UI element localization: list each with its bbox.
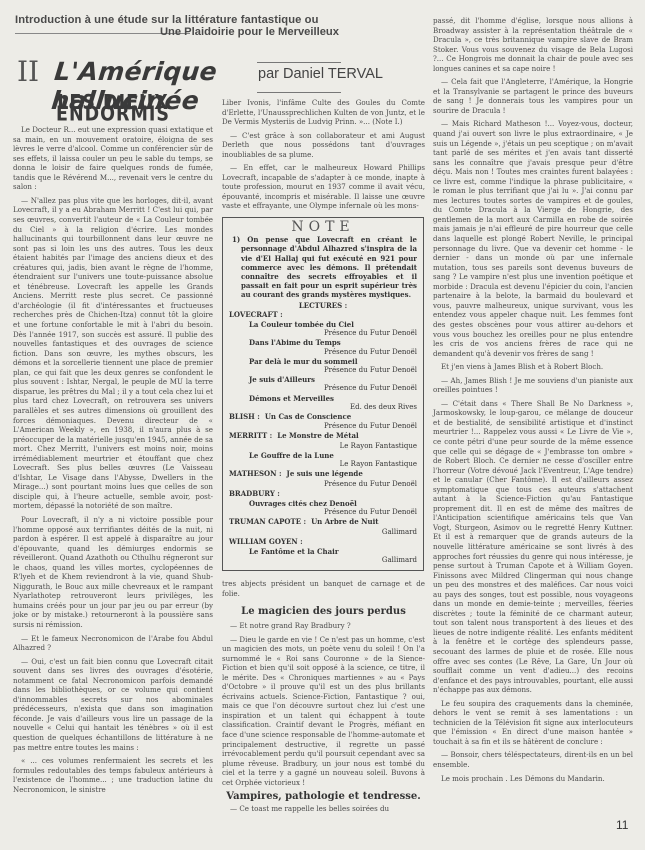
lecture-entry: MERRITT :Le Monstre de MétalLe Rayon Fan… [229, 431, 417, 450]
lecture-author: LOVECRAFT : [229, 310, 283, 319]
lecture-title: Dans l'Abime du Temps [229, 338, 417, 347]
paragraph: Le Docteur R... eut une expression quasi… [13, 125, 213, 192]
lecture-publisher: Présence du Futur Denoël [229, 508, 417, 517]
paragraph: — Et le fameux Necronomicon de l'Arabe f… [13, 634, 213, 653]
paragraph: — C'est grâce à son collaborateur et ami… [222, 131, 425, 160]
lectures-heading: LECTURES : [229, 301, 417, 310]
lecture-entry: TRUMAN CAPOTE :Un Arbre de NuitGallimard [229, 517, 417, 536]
lecture-entry: MATHESON :Je suis une légendePrésence du… [229, 469, 417, 488]
lecture-author: BLISH : [229, 412, 260, 421]
title-rule-bottom [257, 92, 341, 93]
section-heading: LES DIEUX ENDORMIS [13, 99, 213, 121]
lecture-title: Le Gouffre de la Lune [229, 451, 417, 460]
lecture-entry: Le Fantôme et la ChairGallimard [229, 547, 417, 565]
lecture-publisher: Présence du Futur Denoël [229, 329, 417, 338]
lecture-title: Je suis d'Ailleurs [229, 375, 417, 384]
lecture-entry: BRADBURY : [229, 489, 417, 499]
lecture-entry: WILLIAM GOYEN : [229, 537, 417, 547]
lecture-title: Ouvrages cités chez Denoël [229, 499, 417, 508]
series-kicker-line2: Une Plaidoirie pour le Merveilleux [160, 26, 339, 38]
paragraph: tres abjects président un banquet de car… [222, 579, 425, 598]
lecture-entry: Dans l'Abime du TempsPrésence du Futur D… [229, 338, 417, 356]
note-title: NOTE [229, 223, 417, 232]
subheading-magicien: Le magicien des jours perdus [222, 607, 425, 617]
paragraph: — N'allez pas plus vite que les horloges… [13, 196, 213, 511]
paragraph: Pour Lovecraft, il n'y a ni victoire pos… [13, 515, 213, 630]
lecture-author: MATHESON : [229, 469, 282, 478]
lecture-entry: Par delà le mur du sommeilPrésence du Fu… [229, 357, 417, 375]
paragraph: Et j'en viens à James Blish et à Robert … [433, 362, 633, 372]
lecture-publisher: Présence du Futur Denoël [229, 348, 417, 357]
part-number: II [17, 55, 39, 88]
series-kicker-line1: Introduction à une étude sur la littérat… [15, 14, 319, 26]
next-month-teaser: Le mois prochain . Les Démons du Mandari… [433, 774, 633, 784]
lecture-title: Par delà le mur du sommeil [229, 357, 417, 366]
lecture-author: WILLIAM GOYEN : [229, 537, 303, 546]
paragraph: — Oui, c'est un fait bien connu que Love… [13, 657, 213, 752]
paragraph: Le feu soupira des craquements dans la c… [433, 699, 633, 747]
lecture-publisher: Le Rayon Fantastique [229, 460, 417, 469]
lecture-author: BRADBURY : [229, 489, 280, 498]
paragraph: — Et notre grand Ray Bradbury ? [222, 621, 425, 631]
lecture-title: Le Monstre de Métal [272, 431, 359, 440]
lecture-publisher: Gallimard [229, 556, 417, 565]
page-number: 11 [616, 818, 628, 832]
title-rule-top [257, 62, 341, 63]
lecture-publisher: Gallimard [229, 528, 417, 537]
lecture-title: Le Fantôme et la Chair [229, 547, 417, 556]
lecture-title: La Couleur tombée du Ciel [229, 320, 417, 329]
lecture-entry: BLISH :Un Cas de ConsciencePrésence du F… [229, 412, 417, 431]
paragraph: — En effet, car le malheureux Howard Phi… [222, 163, 425, 211]
paragraph: — Mais Richard Matheson !... Voyez-vous,… [433, 119, 633, 358]
column-3: passé, dit l'homme d'église, lorsque nou… [433, 16, 633, 787]
lecture-entry: LOVECRAFT : [229, 310, 417, 320]
note-body: 1) On pense que Lovecraft en créant le p… [229, 235, 417, 299]
lecture-publisher: Présence du Futur Denoël [229, 480, 417, 489]
lecture-author: TRUMAN CAPOTE : [229, 517, 306, 526]
column-2: Liber Ivonis, l'infâme Culte des Goules … [222, 98, 425, 817]
lecture-title: Un Arbre de Nuit [306, 517, 378, 526]
author-byline: par Daniel TERVAL [258, 66, 383, 82]
lecture-entry: Ouvrages cités chez DenoëlPrésence du Fu… [229, 499, 417, 517]
lecture-publisher: Présence du Futur Denoël [229, 422, 417, 431]
lecture-publisher: Présence du Futur Denoël [229, 384, 417, 393]
lecture-entry: Je suis d'AilleursPrésence du Futur Deno… [229, 375, 417, 393]
paragraph: — C'était dans « There Shall Be No Darkn… [433, 399, 633, 695]
paragraph: — Dieu le garde en vie ! Ce n'est pas un… [222, 635, 425, 788]
lecture-publisher: Le Rayon Fantastique [229, 442, 417, 451]
paragraph: passé, dit l'homme d'église, lorsque nou… [433, 16, 633, 73]
subheading-vampires: Vampires, pathologie et tendresse. [222, 792, 425, 802]
magazine-page: Introduction à une étude sur la littérat… [0, 0, 645, 850]
lecture-title: Un Cas de Conscience [260, 412, 351, 421]
paragraph: — Ah, James Blish ! Je me souviens d'un … [433, 376, 633, 395]
paragraph: Liber Ivonis, l'infâme Culte des Goules … [222, 98, 425, 127]
column-1: LES DIEUX ENDORMIS Le Docteur R... eut u… [13, 96, 213, 798]
lectures-list: LOVECRAFT :La Couleur tombée du CielPrés… [229, 310, 417, 565]
lecture-entry: Le Gouffre de la LuneLe Rayon Fantastiqu… [229, 451, 417, 469]
lecture-publisher: Présence du Futur Denoël [229, 366, 417, 375]
quotation: « ... ces volumes renfermaient les secre… [13, 756, 213, 794]
lecture-entry: La Couleur tombée du CielPrésence du Fut… [229, 320, 417, 338]
lecture-title: Je suis une légende [282, 469, 363, 478]
lecture-entry: Démons et MerveillesEd. des deux Rives [229, 394, 417, 412]
note-box: NOTE 1) On pense que Lovecraft en créant… [222, 217, 424, 571]
paragraph: — Bonsoir, chers téléspectateurs, dirent… [433, 750, 633, 769]
lecture-publisher: Ed. des deux Rives [229, 403, 417, 412]
lecture-title: Démons et Merveilles [229, 394, 417, 403]
paragraph: — Ce toast me rappelle les belles soirée… [222, 804, 425, 814]
lecture-author: MERRITT : [229, 431, 272, 440]
paragraph: — Cela fait que l'Angleterre, l'Amérique… [433, 77, 633, 115]
